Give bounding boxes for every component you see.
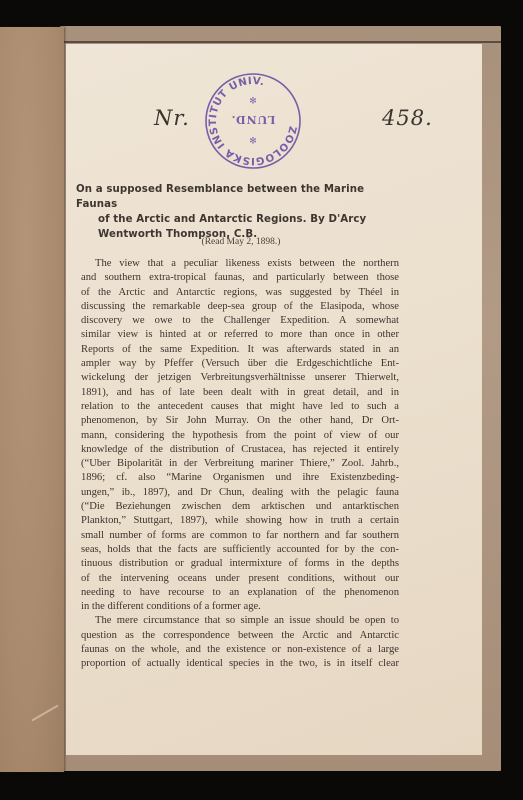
stamp-ornament-top: ✻ (249, 135, 257, 145)
body-line: needing to have recourse to an explanati… (81, 586, 399, 600)
body-line: 1891), and has of late been dealt with i… (81, 386, 399, 400)
body-line: The view that a peculiar likeness exists… (81, 257, 399, 271)
body-line: question as the correspondence between t… (81, 629, 399, 643)
body-line: Plankton,” Stuttgart, 1897), while showi… (81, 514, 399, 528)
stamp-inner-text: LUND. (231, 113, 276, 126)
body-line: (“Die Beziehungen zwischen dem arktische… (81, 500, 399, 514)
title-line-2: of the Arctic and Antarctic Regions. By … (76, 212, 406, 227)
article-title: On a supposed Resemblance between the Ma… (76, 182, 406, 242)
document-page: Nr. 458. ZOOLOGISKA INSTITUT UNIV. ✻ LUN… (66, 44, 482, 755)
body-line: discussing the remarkable deep-sea group… (81, 300, 399, 314)
body-line: discovery we owe to the Challenger Exped… (81, 314, 399, 328)
body-line: small number of forms are common to far … (81, 529, 399, 543)
body-line: proportion of actually identical species… (81, 657, 399, 671)
read-date: (Read May 2, 1898.) (66, 237, 416, 247)
body-line: 1896; cf. also “Marine Organismen und ih… (81, 471, 399, 485)
body-line: in the different conditions of a former … (81, 600, 399, 614)
front-cover-flap (0, 27, 64, 772)
article-body: The view that a peculiar likeness exists… (81, 257, 399, 672)
cover-crease (32, 705, 59, 722)
catalog-number-value: 458. (382, 106, 433, 130)
body-line: of the intervening oceans under present … (81, 572, 399, 586)
body-line: relation to the antecedent causes that m… (81, 400, 399, 414)
paragraph-2: The mere circumstance that so simple an … (81, 614, 399, 671)
paragraph-1: The view that a peculiar likeness exists… (81, 257, 399, 614)
library-stamp-icon: ZOOLOGISKA INSTITUT UNIV. ✻ LUND. ✻ (203, 71, 303, 171)
body-line: of the Arctic and Antarctic regions, was… (81, 286, 399, 300)
body-line: Reports of the same Expedition. It was a… (81, 343, 399, 357)
catalog-number-prefix: Nr. (154, 106, 190, 130)
body-line: The mere circumstance that so simple an … (81, 614, 399, 628)
body-line: knowledge of the distribution of Crustac… (81, 443, 399, 457)
body-line: seas, holds that the facts are sufficien… (81, 543, 399, 557)
stamp-ornament-bottom: ✻ (249, 95, 257, 105)
body-line: wickelung der jetzigen Verbreitungsverhä… (81, 371, 399, 385)
body-line: ampler way by Pfeffer (Versuch über die … (81, 357, 399, 371)
body-line: tinuous distribution or gradual intermix… (81, 557, 399, 571)
body-line: and southern extra-tropical faunas, and … (81, 271, 399, 285)
body-line: ungen,” ib., 1897), and Dr Chun, dealing… (81, 486, 399, 500)
body-line: similar view is hinted at or referred to… (81, 328, 399, 342)
body-line: mann, considering the hypothesis from th… (81, 429, 399, 443)
body-line: phenomenon, by Sir John Murray. On the o… (81, 414, 399, 428)
title-line-1: On a supposed Resemblance between the Ma… (76, 182, 406, 212)
body-line: faunas on the whole, and the existence o… (81, 643, 399, 657)
body-line: (“Uber Bipolarität in der Verbreitung ma… (81, 457, 399, 471)
